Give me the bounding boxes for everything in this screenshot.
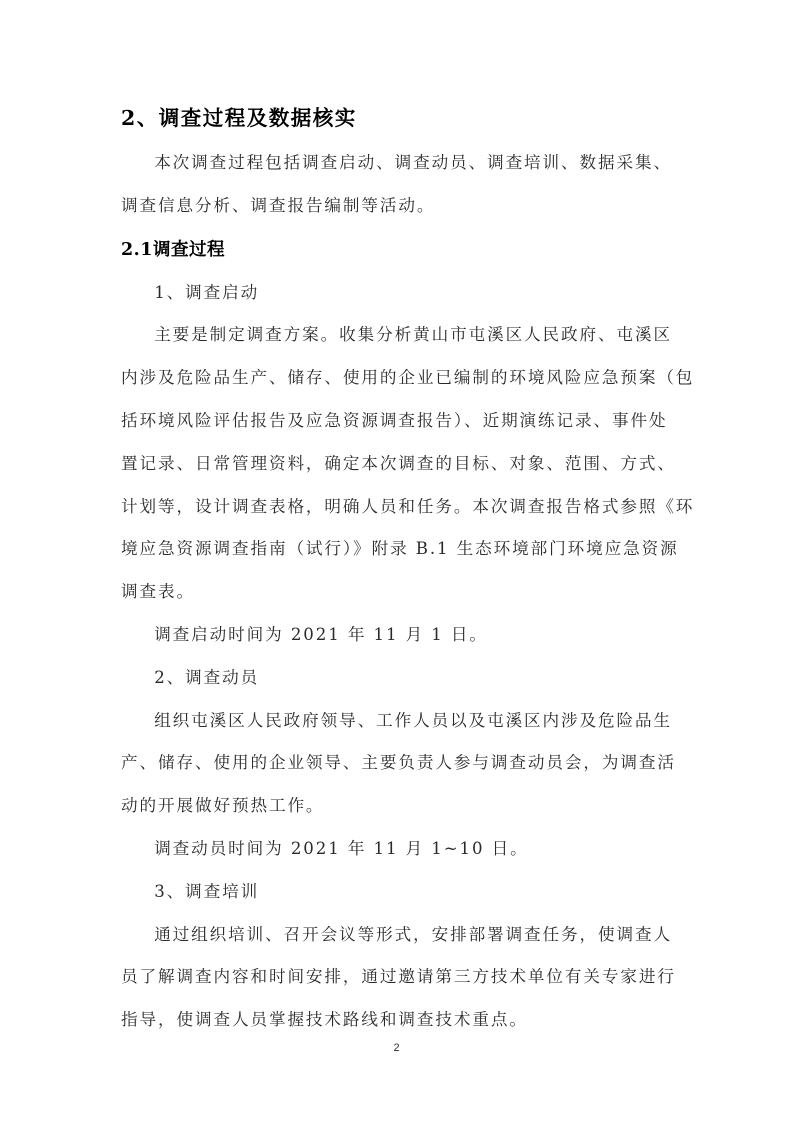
text-line: 组织屯溪区人民政府领导、工作人员以及屯溪区内涉及危险品生 [121,700,683,743]
text-line: 内涉及危险品生产、储存、使用的企业已编制的环境风险应急预案（包 [121,357,683,400]
step-paragraph: 主要是制定调查方案。收集分析黄山市屯溪区人民政府、屯溪区 内涉及危险品生产、储存… [121,314,683,614]
text-line: 主要是制定调查方案。收集分析黄山市屯溪区人民政府、屯溪区 [121,314,683,357]
intro-paragraph: 本次调查过程包括调查启动、调查动员、调查培训、数据采集、 调查信息分析、调查报告… [121,142,683,228]
document-page: 2、调查过程及数据核实 本次调查过程包括调查启动、调查动员、调查培训、数据采集、… [0,0,793,1122]
text-line: 置记录、日常管理资料，确定本次调查的目标、对象、范围、方式、 [121,443,683,486]
text-line: 通过组织培训、召开会议等形式，安排部署调查任务，使调查人 [121,914,683,957]
step-time-note: 调查动员时间为 2021 年 11 月 1~10 日。 [121,828,683,871]
section-heading: 2、调查过程及数据核实 [121,100,683,136]
step-title: 2、调查动员 [121,657,683,700]
step-title-text: 3、调查培训 [121,871,683,914]
text-line: 括环境风险评估报告及应急资源调查报告）、近期演练记录、事件处 [121,400,683,443]
text-line: 计划等，设计调查表格，明确人员和任务。本次调查报告格式参照《环 [121,486,683,529]
text-line: 产、储存、使用的企业领导、主要负责人参与调查动员会，为调查活 [121,742,683,785]
text-line: 动的开展做好预热工作。 [121,785,683,828]
step-paragraph: 组织屯溪区人民政府领导、工作人员以及屯溪区内涉及危险品生 产、储存、使用的企业领… [121,700,683,828]
step-time-note: 调查启动时间为 2021 年 11 月 1 日。 [121,614,683,657]
document-body: 2、调查过程及数据核实 本次调查过程包括调查启动、调查动员、调查培训、数据采集、… [121,100,683,1042]
text-line: 本次调查过程包括调查启动、调查动员、调查培训、数据采集、 [121,142,683,185]
time-note-text: 调查动员时间为 2021 年 11 月 1~10 日。 [121,828,683,871]
text-line: 调查表。 [121,571,683,614]
step-title-text: 2、调查动员 [121,657,683,700]
text-line: 指导，使调查人员掌握技术路线和调查技术重点。 [121,999,683,1042]
text-line: 调查信息分析、调查报告编制等活动。 [121,185,683,228]
step-title: 1、调查启动 [121,272,683,315]
step-paragraph: 通过组织培训、召开会议等形式，安排部署调查任务，使调查人 员了解调查内容和时间安… [121,914,683,1042]
subsection-heading: 2.1调查过程 [121,228,683,272]
step-title-text: 1、调查启动 [121,272,683,315]
text-line: 境应急资源调查指南（试行）》附录 B.1 生态环境部门环境应急资源 [121,528,683,571]
page-number: 2 [0,1042,793,1054]
text-line: 员了解调查内容和时间安排，通过邀请第三方技术单位有关专家进行 [121,956,683,999]
step-title: 3、调查培训 [121,871,683,914]
time-note-text: 调查启动时间为 2021 年 11 月 1 日。 [121,614,683,657]
